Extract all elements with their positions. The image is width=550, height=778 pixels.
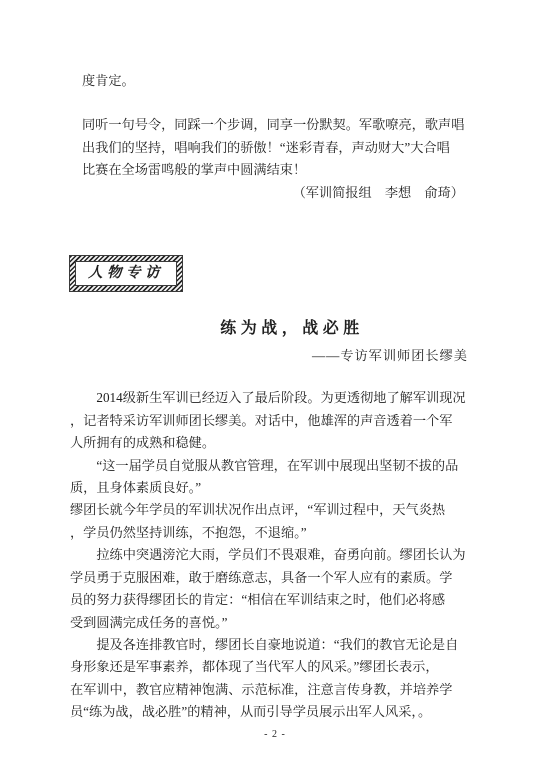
article-title: 练为战，战必胜 (0, 317, 550, 341)
section-label: 人物专访 (88, 265, 164, 281)
article-subtitle: ——专访军训师团长缪美 (0, 345, 468, 367)
byline: （军训简报组 李想 俞琦） (82, 182, 464, 204)
continuation-text: 度肯定。 (82, 70, 466, 92)
article-paragraph: 提及各连排教官时，缪团长自豪地说道：“我们的教官无论是自 身形象还是军事素养，都… (70, 634, 486, 724)
section-label-row: 人物专访 (70, 256, 550, 291)
section-label-box: 人物专访 (70, 256, 182, 291)
article-body: 2014级新生军训已经迈入了最后阶段。为更透彻地了解军训现况 ，记者特采访军训师… (70, 387, 486, 723)
article-paragraph: 缪团长就今年学员的军训状况作出点评，“军训过程中，天气炎热 ，学员仍然坚持训练，… (70, 499, 486, 544)
article-paragraph: 拉练中突遇滂沱大雨，学员们不畏艰难，奋勇向前。缪团长认为 学员勇于克服困难，敢于… (70, 544, 486, 634)
page-number: - 2 - (0, 727, 550, 743)
document-page: 度肯定。 同听一句号令，同踩一个步调，同享一份默契。军歌嘹亮，歌声唱 出我们的坚… (0, 0, 550, 778)
article-paragraph: 2014级新生军训已经迈入了最后阶段。为更透彻地了解军训现况 ，记者特采访军训师… (70, 387, 486, 454)
article-paragraph: “这一届学员自觉服从教官管理，在军训中展现出坚韧不拔的品 质，且身体素质良好。” (70, 455, 486, 500)
closing-paragraph: 同听一句号令，同踩一个步调，同享一份默契。军歌嘹亮，歌声唱 出我们的坚持，唱响我… (82, 114, 486, 181)
